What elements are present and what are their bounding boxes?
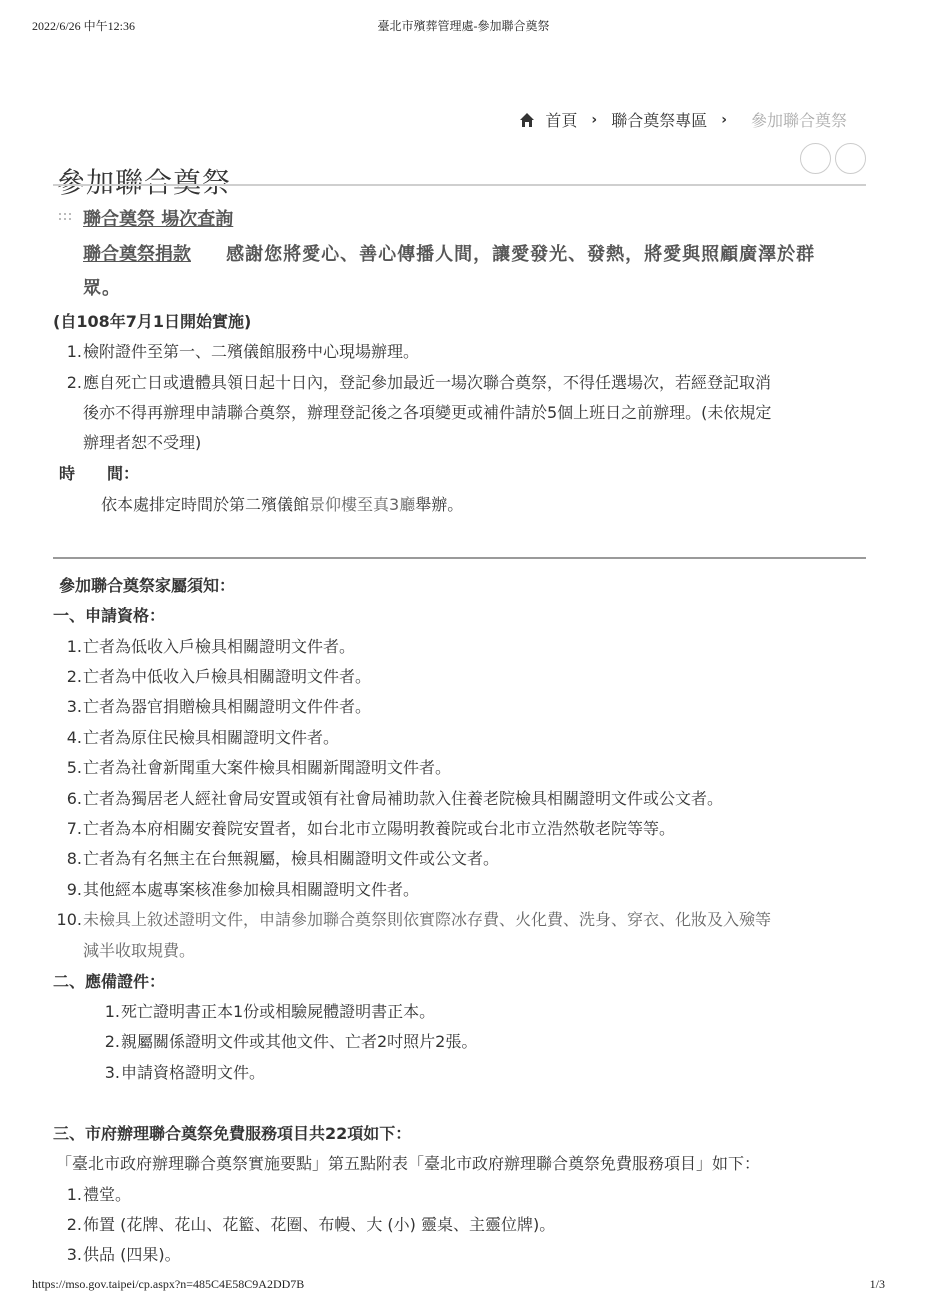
eligibility-item-cont: 減半收取規費。 <box>83 941 195 961</box>
venue: 景仰樓至真3廳 <box>309 495 415 514</box>
breadcrumb-current: 參加聯合奠祭 <box>751 108 847 131</box>
eligibility-item: 4.亡者為原住民檢具相關證明文件者。 <box>53 728 339 748</box>
service-item: 1.禮堂。 <box>53 1185 131 1205</box>
rule-item: 2.應自死亡日或遺體具領日起十日內，登記參加最近一場次聯合奠祭，不得任選場次，若… <box>53 373 771 393</box>
donation-message-cont: 眾。 <box>83 278 121 299</box>
section-divider <box>53 557 866 559</box>
eligibility-item: 3.亡者為器官捐贈檢具相關證明文件件者。 <box>53 697 371 717</box>
schedule-query-link[interactable]: 聯合奠祭 場次查詢 <box>83 209 233 230</box>
print-doc-title: 臺北市殯葬管理處-參加聯合奠祭 <box>32 17 895 34</box>
chevron-right-icon: › <box>591 112 597 128</box>
eligibility-item: 2.亡者為中低收入戶檢具相關證明文件者。 <box>53 667 371 687</box>
home-icon[interactable] <box>519 112 535 128</box>
breadcrumb-memorial-zone[interactable]: 聯合奠祭專區 <box>611 108 707 131</box>
grip-dots-icon <box>59 208 75 218</box>
rule-item: 1.檢附證件至第一、二殯儀館服務中心現場辦理。 <box>53 342 419 362</box>
rule-item-cont: 辦理者恕不受理) <box>83 433 201 453</box>
eligibility-item: 9.其他經本處專案核准參加檢具相關證明文件者。 <box>53 880 419 900</box>
service-item: 3.供品 (四果)。 <box>53 1245 181 1265</box>
eligibility-item: 8.亡者為有名無主在台無親屬，檢具相關證明文件或公文者。 <box>53 849 499 869</box>
service-item: 2.佈置 (花牌、花山、花籃、花圈、布幔、大 (小) 靈桌、主靈位牌)。 <box>53 1215 555 1235</box>
document-item: 1.死亡證明書正本1份或相驗屍體證明書正本。 <box>91 1002 435 1022</box>
title-divider <box>53 184 866 186</box>
chevron-right-icon: › <box>721 112 727 128</box>
page-title: 參加聯合奠祭 <box>57 161 231 201</box>
share-buttons <box>800 143 866 174</box>
eligibility-item: 5.亡者為社會新聞重大案件檢具相關新聞證明文件者。 <box>53 758 451 778</box>
eligibility-item: 1.亡者為低收入戶檢具相關證明文件者。 <box>53 637 355 657</box>
eligibility-item: 7.亡者為本府相關安養院安置者，如台北市立陽明教養院或台北市立浩然敬老院等等。 <box>53 819 675 839</box>
print-url: https://mso.gov.taipei/cp.aspx?n=485C4E5… <box>32 1277 304 1292</box>
document-item: 2.親屬關係證明文件或其他文件、亡者2吋照片2張。 <box>91 1032 477 1052</box>
time-label: 時 間： <box>59 464 139 484</box>
circle-button-2[interactable] <box>835 143 866 174</box>
donation-message: 感謝您將愛心、善心傳播人間，讓愛發光、發熱，將愛與照顧廣澤於群 <box>226 244 815 265</box>
eligibility-item: 6.亡者為獨居老人經社會局安置或領有社會局補助款入住養老院檢具相關證明文件或公文… <box>53 789 723 809</box>
breadcrumb-home[interactable]: 首頁 <box>545 108 577 131</box>
notice-heading: 參加聯合奠祭家屬須知： <box>59 576 235 596</box>
time-text: 依本處排定時間於第二殯儀館景仰樓至真3廳舉辦。 <box>101 495 463 515</box>
donation-link[interactable]: 聯合奠祭捐款 <box>83 244 191 265</box>
circle-button-1[interactable] <box>800 143 831 174</box>
section3-heading: 三、市府辦理聯合奠祭免費服務項目共22項如下： <box>53 1124 411 1144</box>
document-item: 3.申請資格證明文件。 <box>91 1063 265 1083</box>
page-number: 1/3 <box>870 1277 885 1292</box>
rule-item-cont: 後亦不得再辦理申請聯合奠祭，辦理登記後之各項變更或補件請於5個上班日之前辦理。(… <box>83 403 771 423</box>
section1-heading: 一、申請資格： <box>53 606 165 626</box>
effective-note: (自108年7月1日開始實施) <box>53 312 251 332</box>
section3-intro: 「臺北市政府辦理聯合奠祭實施要點」第五點附表「臺北市政府辦理聯合奠祭免費服務項目… <box>56 1154 760 1174</box>
print-header: 2022/6/26 中午12:36 臺北市殯葬管理處-參加聯合奠祭 <box>32 17 895 33</box>
section2-heading: 二、應備證件： <box>53 972 165 992</box>
eligibility-item: 10.未檢具上敘述證明文件，申請參加聯合奠祭則依實際冰存費、火化費、洗身、穿衣、… <box>53 910 771 930</box>
breadcrumb: 首頁 › 聯合奠祭專區 › 參加聯合奠祭 <box>519 108 847 131</box>
